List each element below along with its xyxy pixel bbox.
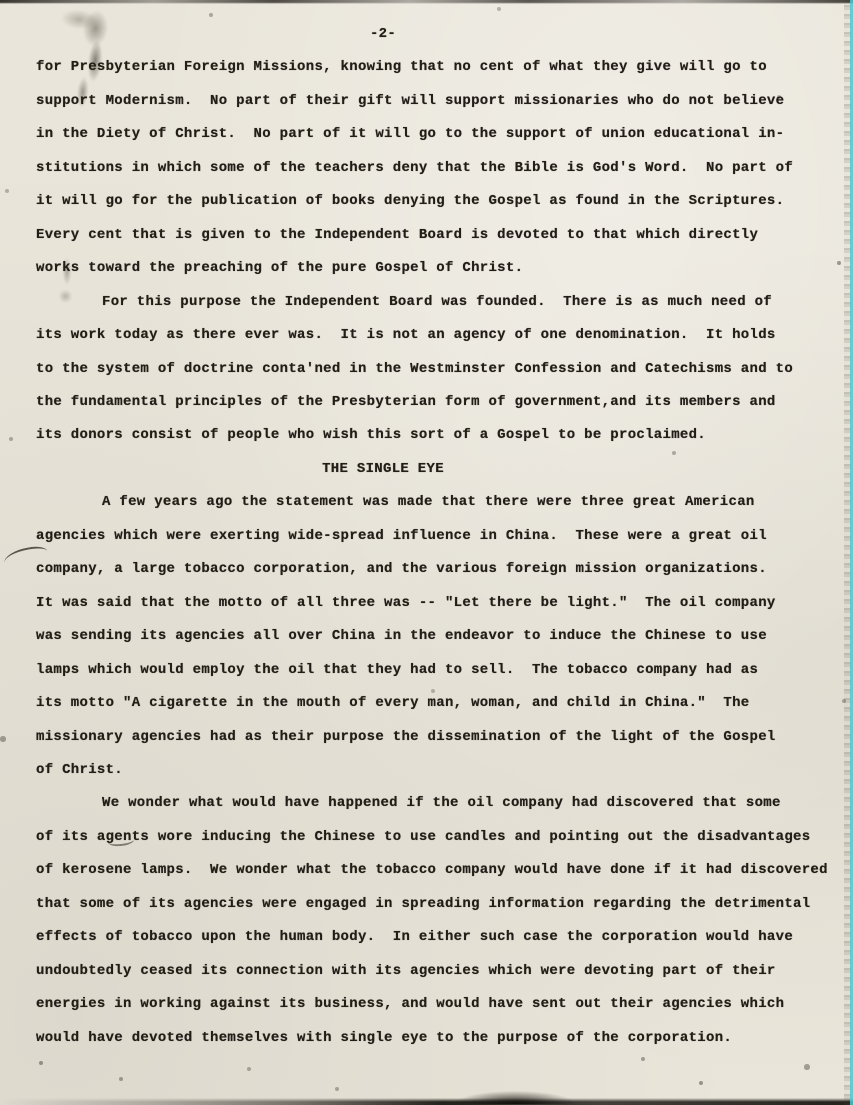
text-line: works toward the preaching of the pure G… (36, 252, 826, 285)
text-line: its work today as there ever was. It is … (36, 319, 826, 352)
scan-edge-bottom (0, 1098, 853, 1105)
scanned-document-page: -2-for Presbyterian Foreign Missions, kn… (0, 0, 853, 1105)
text-line: the fundamental principles of the Presby… (36, 386, 826, 419)
text-line: energies in working against its business… (36, 988, 826, 1021)
text-line: of kerosene lamps. We wonder what the to… (36, 854, 826, 887)
text-line: that some of its agencies were engaged i… (36, 888, 826, 921)
text-line: its motto "A cigarette in the mouth of e… (36, 687, 826, 720)
text-line: effects of tobacco upon the human body. … (36, 921, 826, 954)
text-line: in the Diety of Christ. No part of it wi… (36, 118, 826, 151)
text-line: stitutions in which some of the teachers… (36, 152, 826, 185)
text-line: We wonder what would have happened if th… (36, 787, 826, 820)
text-line: it will go for the publication of books … (36, 185, 826, 218)
text-line: would have devoted themselves with singl… (36, 1022, 826, 1055)
text-line: was sending its agencies all over China … (36, 620, 826, 653)
text-line: agencies which were exerting wide-spread… (36, 520, 826, 553)
text-line: For this purpose the Independent Board w… (36, 286, 826, 319)
text-line: Every cent that is given to the Independ… (36, 219, 826, 252)
scan-edge-bottom-blob (455, 1091, 575, 1104)
text-line: undoubtedly ceased its connection with i… (36, 955, 826, 988)
text-line: of Christ. (36, 754, 826, 787)
section-heading: THE SINGLE EYE (36, 453, 826, 486)
page-number: -2- (36, 18, 826, 51)
scan-edge-top (0, 0, 853, 4)
text-line: lamps which would employ the oil that th… (36, 654, 826, 687)
text-line: A few years ago the statement was made t… (36, 486, 826, 519)
text-line: company, a large tobacco corporation, an… (36, 553, 826, 586)
text-line: missionary agencies had as their purpose… (36, 721, 826, 754)
text-line: to the system of doctrine conta'ned in t… (36, 353, 826, 386)
text-line: its donors consist of people who wish th… (36, 419, 826, 452)
text-line: support Modernism. No part of their gift… (36, 85, 826, 118)
text-line: of its agents wore inducing the Chinese … (36, 821, 826, 854)
text-line: for Presbyterian Foreign Missions, knowi… (36, 51, 826, 84)
text-line: It was said that the motto of all three … (36, 587, 826, 620)
document-text: -2-for Presbyterian Foreign Missions, kn… (36, 18, 826, 1055)
